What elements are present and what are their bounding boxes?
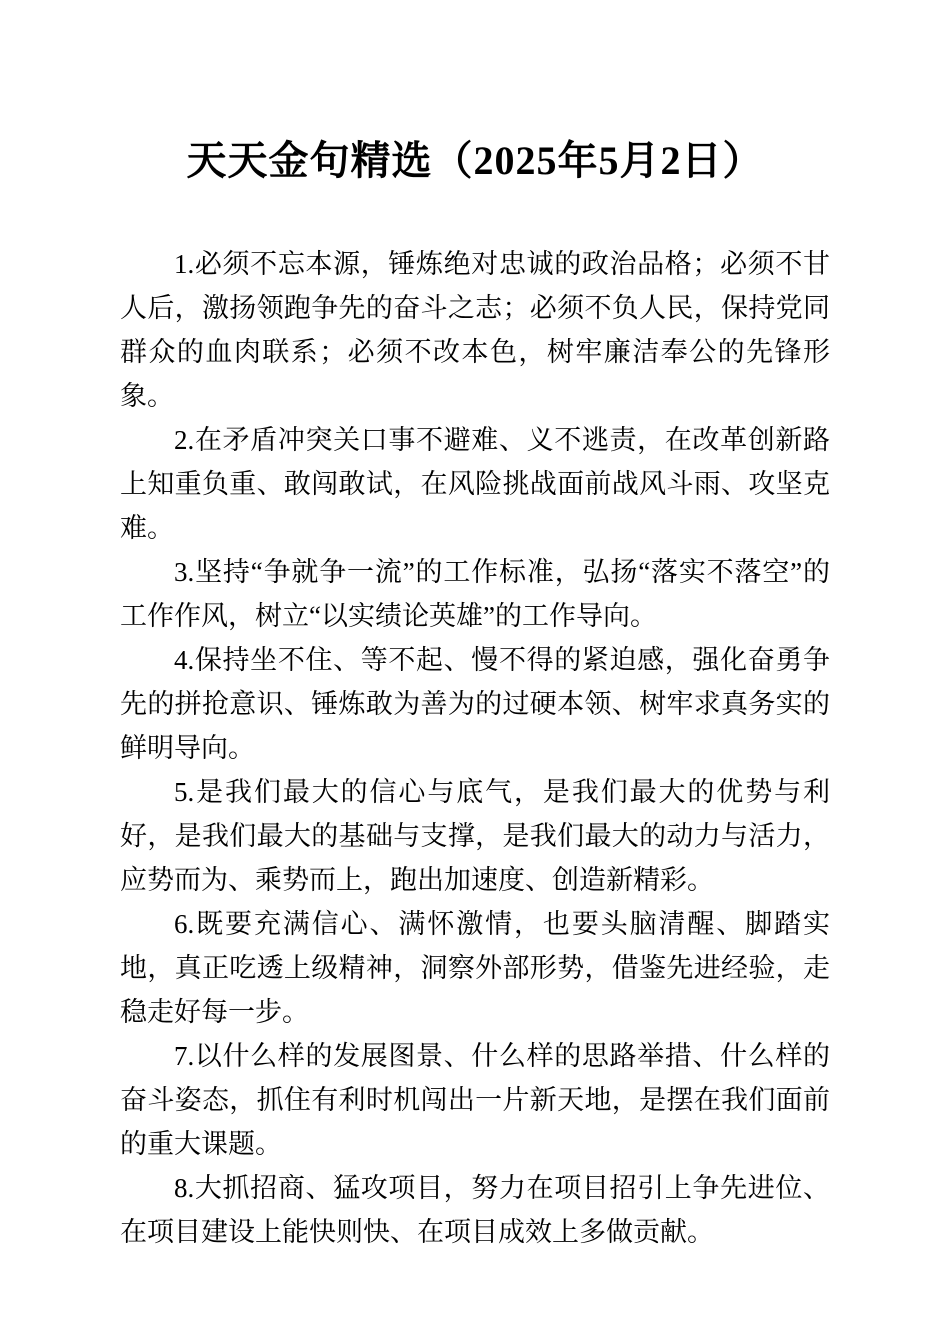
paragraph-6: 6.既要充满信心、满怀激情，也要头脑清醒、脚踏实地，真正吃透上级精神，洞察外部形…	[120, 902, 830, 1034]
document-page: 天天金句精选（2025年5月2日） 1.必须不忘本源，锤炼绝对忠诚的政治品格；必…	[0, 0, 950, 1344]
paragraph-3: 3.坚持“争就争一流”的工作标准，弘扬“落实不落空”的工作作风，树立“以实绩论英…	[120, 550, 830, 638]
paragraph-1: 1.必须不忘本源，锤炼绝对忠诚的政治品格；必须不甘人后，激扬领跑争先的奋斗之志；…	[120, 242, 830, 418]
document-body: 1.必须不忘本源，锤炼绝对忠诚的政治品格；必须不甘人后，激扬领跑争先的奋斗之志；…	[120, 242, 830, 1254]
paragraph-8: 8.大抓招商、猛攻项目，努力在项目招引上争先进位、在项目建设上能快则快、在项目成…	[120, 1166, 830, 1254]
paragraph-5: 5.是我们最大的信心与底气，是我们最大的优势与利好，是我们最大的基础与支撑，是我…	[120, 770, 830, 902]
paragraph-4: 4.保持坐不住、等不起、慢不得的紧迫感，强化奋勇争先的拼抢意识、锤炼敢为善为的过…	[120, 638, 830, 770]
paragraph-2: 2.在矛盾冲突关口事不避难、义不逃责，在改革创新路上知重负重、敢闯敢试，在风险挑…	[120, 418, 830, 550]
document-title: 天天金句精选（2025年5月2日）	[120, 138, 830, 184]
paragraph-7: 7.以什么样的发展图景、什么样的思路举措、什么样的奋斗姿态，抓住有利时机闯出一片…	[120, 1034, 830, 1166]
